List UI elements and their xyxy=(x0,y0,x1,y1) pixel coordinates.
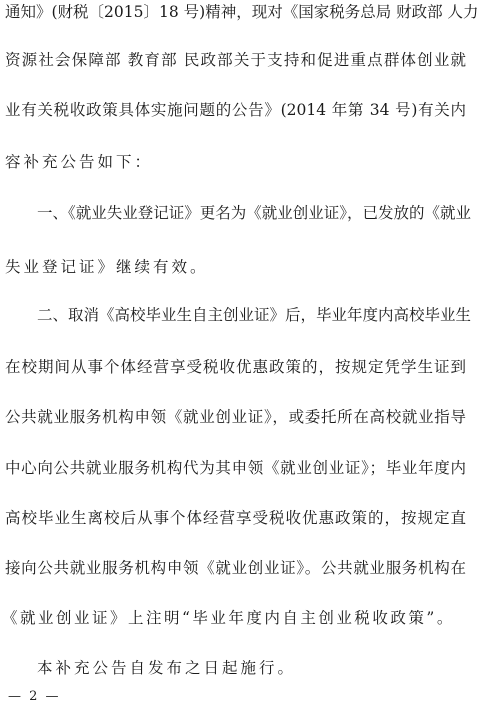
section-one-line-2: 失业登记证》继续有效。 xyxy=(5,257,466,277)
text-line-2: 资源社会保障部 教育部 民政部关于支持和促进重点群体创业就 xyxy=(5,50,466,70)
text-line-1: 通知》(财税〔2015〕18 号)精神，现对《国家税务总局 财政部 人力 xyxy=(5,2,466,22)
section-two-line-2: 在校期间从事个体经营享受税收优惠政策的，按规定凭学生证到 xyxy=(5,357,466,377)
section-two-line-5: 高校毕业生离校后从事个体经营享受税收优惠政策的，按规定直 xyxy=(5,508,466,528)
section-two-line-4: 中心向公共就业服务机构代为其申领《就业创业证》；毕业年度内 xyxy=(5,458,466,478)
text-line-3: 业有关税收政策具体实施问题的公告》(2014 年第 34 号)有关内 xyxy=(5,100,466,120)
effective-date-line: 本补充公告自发布之日起施行。 xyxy=(37,658,466,678)
section-two-line-7: 《就业创业证》上注明“毕业年度内自主创业税收政策”。 xyxy=(2,608,463,628)
section-two-line-6: 接向公共就业服务机构申领《就业创业证》。公共就业服务机构在 xyxy=(5,558,466,578)
page-number: — 2 — xyxy=(8,688,61,706)
document-page: 通知》(财税〔2015〕18 号)精神，现对《国家税务总局 财政部 人力 资源社… xyxy=(0,0,477,709)
text-line-4: 容补充公告如下： xyxy=(5,152,466,172)
section-two-line-3: 公共就业服务机构申领《就业创业证》，或委托所在高校就业指导 xyxy=(5,407,466,427)
section-two-line-1: 二、取消《高校毕业生自主创业证》后，毕业年度内高校毕业生 xyxy=(37,305,466,325)
section-one-line-1: 一、《就业失业登记证》更名为《就业创业证》，已发放的《就业 xyxy=(37,203,466,223)
